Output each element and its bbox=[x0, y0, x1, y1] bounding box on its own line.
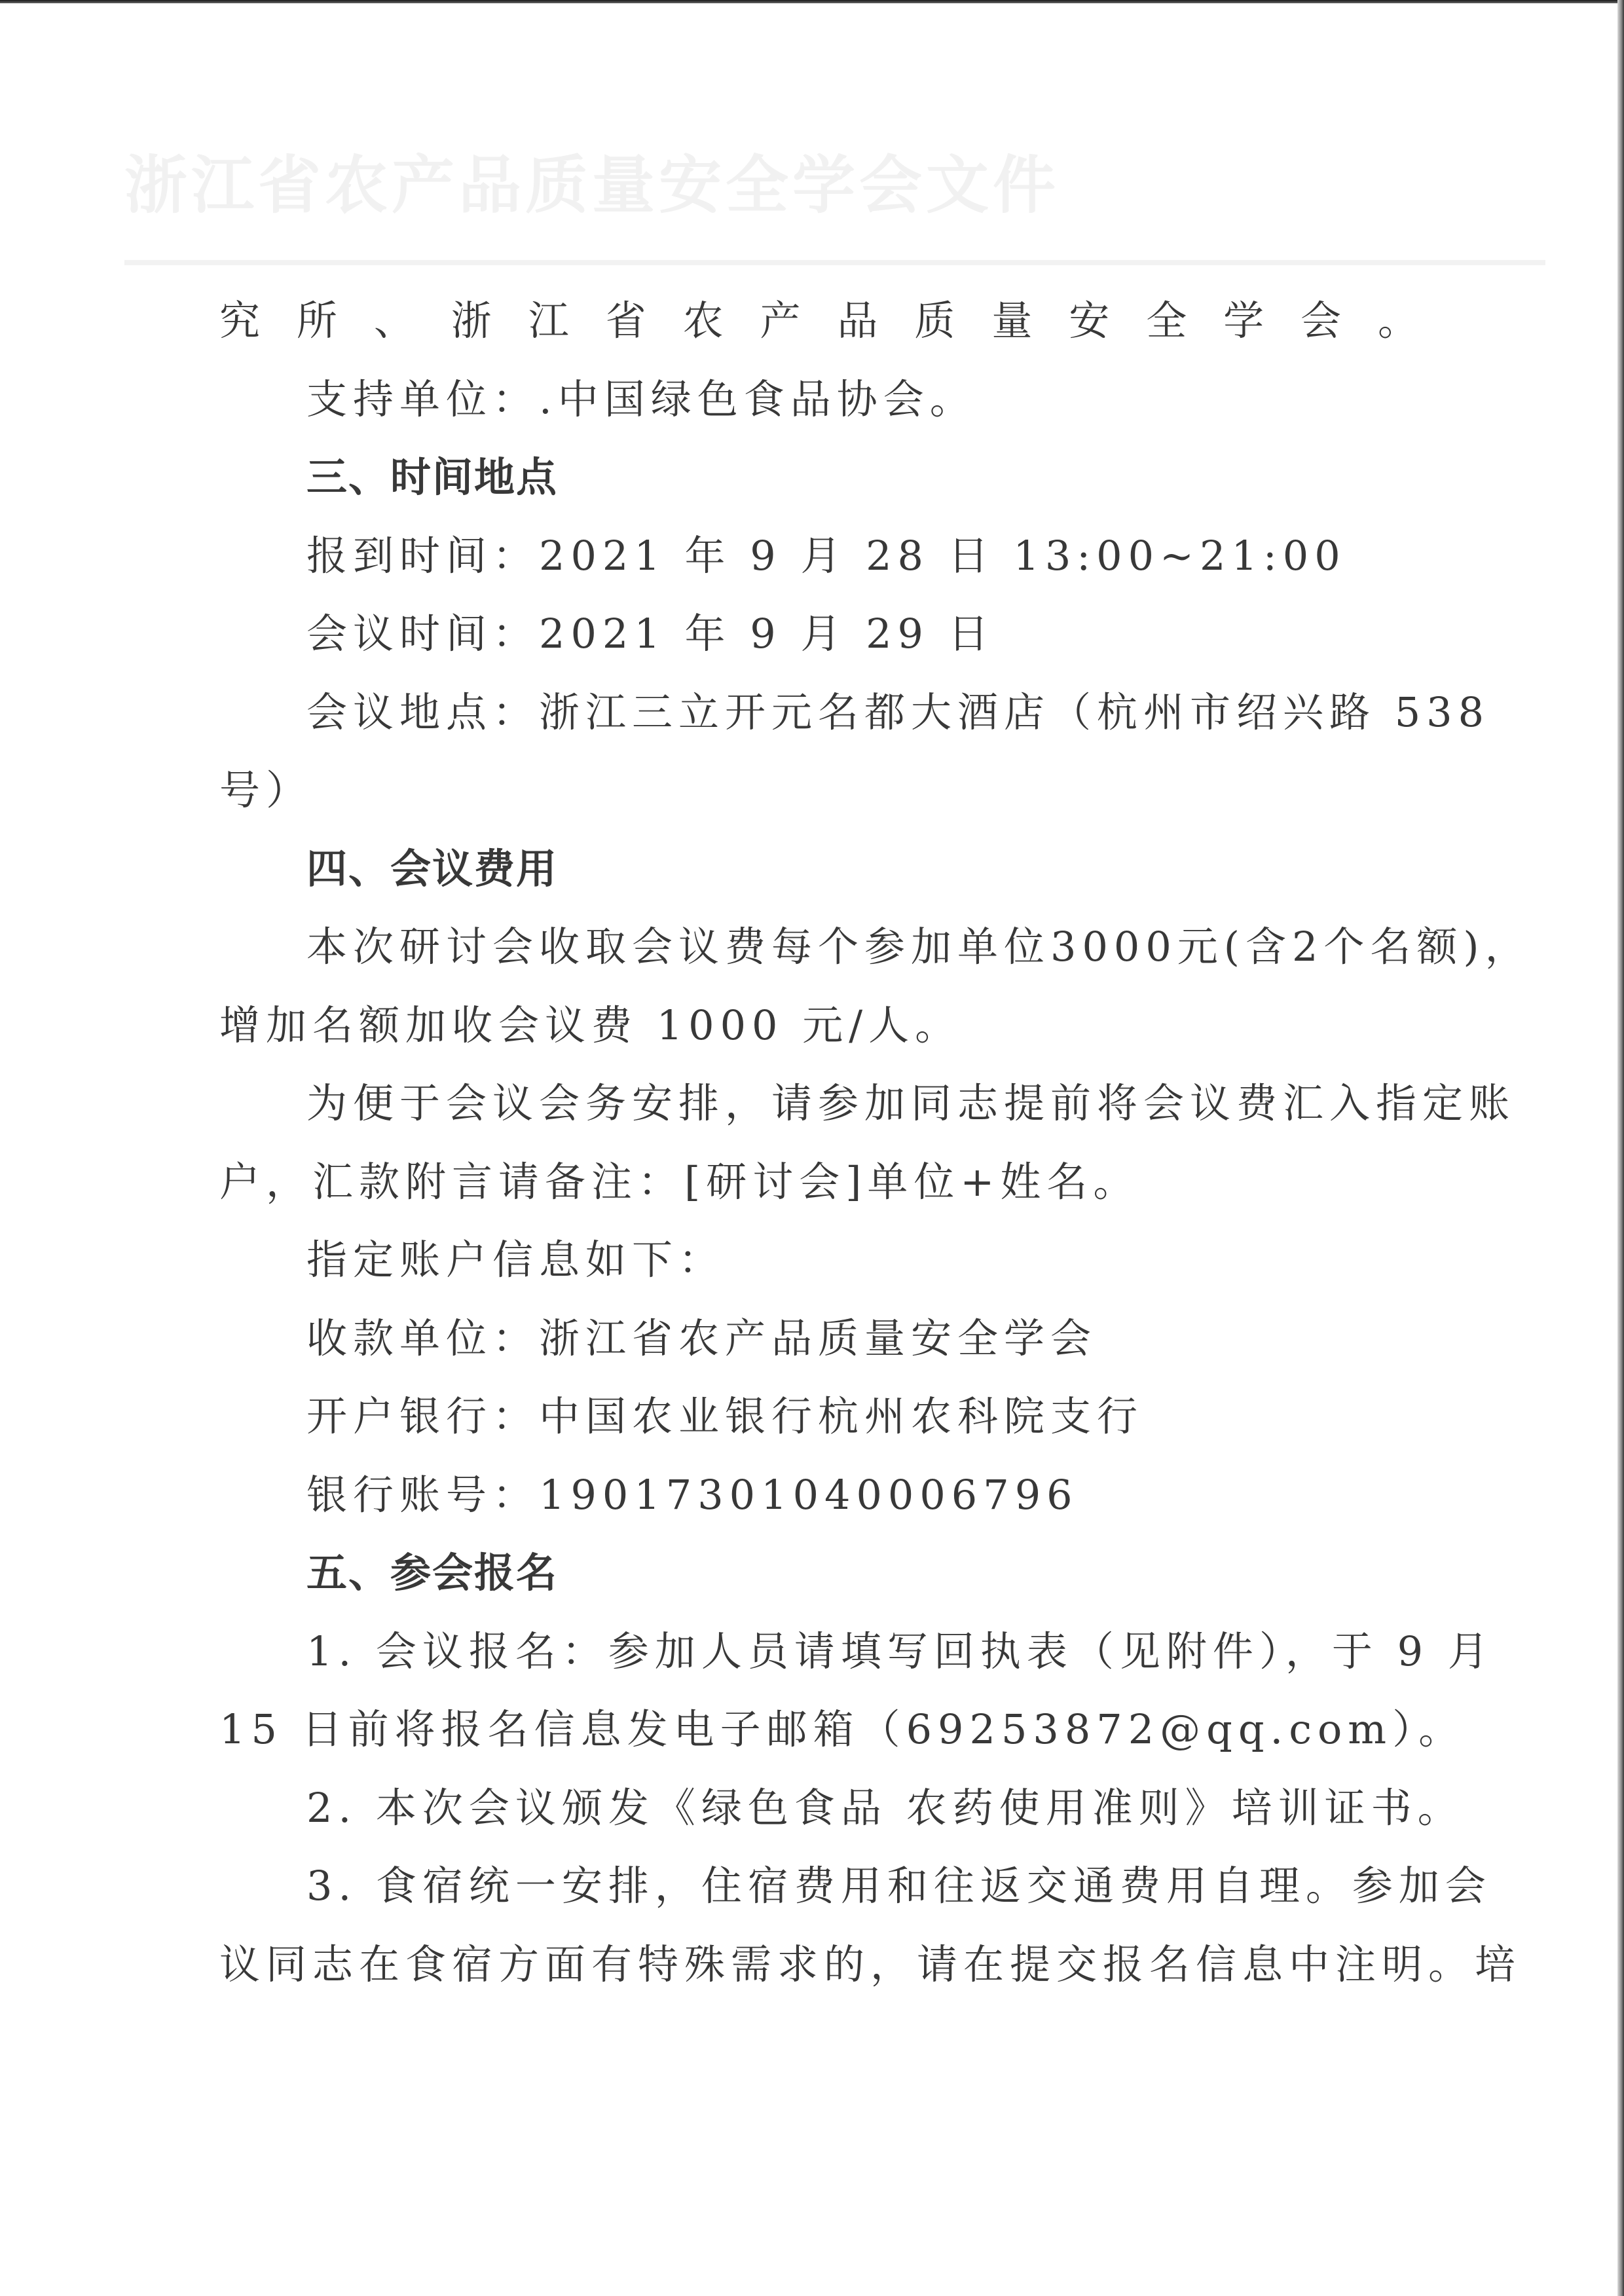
account-info-label: 指定账户信息如下： bbox=[219, 1221, 1424, 1299]
payment-instruction-cont: 户，汇款附言请备注：[研讨会]单位+姓名。 bbox=[219, 1143, 1424, 1221]
bleed-through-header: 浙江省农产品质量安全学会文件 bbox=[124, 154, 1545, 265]
registration-item-3-cont: 议同志在食宿方面有特殊需求的，请在提交报名信息中注明。培 bbox=[219, 1925, 1424, 2004]
registration-time: 报到时间：2021 年 9 月 28 日 13:00~21:00 bbox=[219, 517, 1424, 595]
section-heading-registration: 五、参会报名 bbox=[219, 1534, 1424, 1612]
section-heading-fees: 四、会议费用 bbox=[219, 830, 1424, 908]
document-page: 究所、浙江省农产品质量安全学会。 支持单位：.中国绿色食品协会。 三、时间地点 … bbox=[219, 282, 1424, 2003]
meeting-venue-cont: 号） bbox=[219, 751, 1424, 830]
meeting-venue: 会议地点：浙江三立开元名都大酒店（杭州市绍兴路 538 bbox=[219, 673, 1424, 752]
scan-edge-top bbox=[0, 0, 1624, 3]
ghost-header-rule bbox=[124, 260, 1545, 265]
registration-item-1: 1. 会议报名：参加人员请填写回执表（见附件），于 9 月 bbox=[219, 1612, 1424, 1691]
account-number: 银行账号：19017301040006796 bbox=[219, 1456, 1424, 1534]
registration-item-1-cont: 15 日前将报名信息发电子邮箱（69253872@qq.com）。 bbox=[219, 1690, 1424, 1769]
section-heading-time-location: 三、时间地点 bbox=[219, 438, 1424, 517]
bank-name: 开户银行：中国农业银行杭州农科院支行 bbox=[219, 1377, 1424, 1456]
registration-item-3: 3. 食宿统一安排，住宿费用和往返交通费用自理。参加会 bbox=[219, 1847, 1424, 1925]
scan-edge-right bbox=[1617, 0, 1624, 2296]
ghost-header-text: 浙江省农产品质量安全学会文件 bbox=[124, 154, 1545, 217]
fee-paragraph-cont: 增加名额加收会议费 1000 元/人。 bbox=[219, 986, 1424, 1065]
supporting-unit: 支持单位：.中国绿色食品协会。 bbox=[219, 360, 1424, 439]
registration-item-2: 2. 本次会议颁发《绿色食品 农药使用准则》培训证书。 bbox=[219, 1769, 1424, 1847]
organizer-continuation: 究所、浙江省农产品质量安全学会。 bbox=[219, 282, 1424, 360]
payee: 收款单位：浙江省农产品质量安全学会 bbox=[219, 1299, 1424, 1378]
meeting-time: 会议时间：2021 年 9 月 29 日 bbox=[219, 595, 1424, 673]
fee-paragraph: 本次研讨会收取会议费每个参加单位3000元(含2个名额)， bbox=[219, 908, 1424, 986]
payment-instruction: 为便于会议会务安排，请参加同志提前将会议费汇入指定账 bbox=[219, 1064, 1424, 1143]
